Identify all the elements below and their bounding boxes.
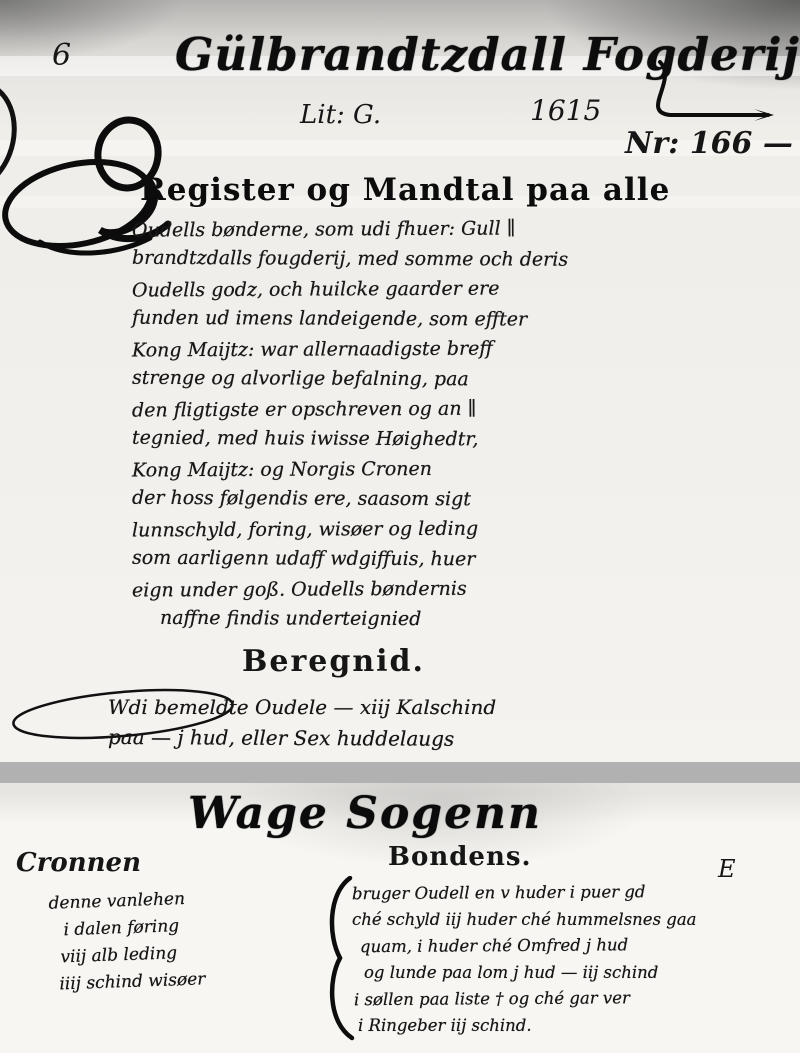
parish-title: Wage Sogenn	[188, 788, 542, 839]
summary-line: paa — j hud, eller Sex huddelaugs	[108, 722, 496, 755]
crown-line: iiij schind wisøer	[51, 966, 206, 998]
crown-entries: denne vanlehen i dalen føring viij alb l…	[48, 885, 206, 998]
summary-line: Wdi bemeldte Oudele — xiij Kalschind	[108, 692, 496, 723]
bonden-heading: Bondens.	[388, 842, 532, 872]
register-body: Oudells bønderne, som udi fhuer: Gull ∥ …	[132, 214, 692, 634]
bonden-line: quam, i huder ché Omfred j hud	[352, 932, 697, 961]
beregnid-summary: Wdi bemeldte Oudele — xiij Kalschind paa…	[108, 692, 496, 754]
body-line: Oudells godz, och huilcke gaarder ere	[132, 273, 692, 306]
body-line: strenge og alvorlige befalning, paa	[132, 363, 692, 395]
body-line: Kong Maijtz: war allernaadigste breff	[132, 333, 692, 366]
beregnid-heading: Beregnid.	[242, 644, 425, 679]
bonden-line: ché schyld iij huder ché hummelsnes gaa	[352, 907, 697, 934]
body-line: der hoss følgendis ere, saasom sigt	[132, 483, 692, 515]
bonden-entries: bruger Oudell en v huder i puer gd ché s…	[352, 880, 697, 1039]
year-label: 1615	[530, 94, 601, 127]
body-line: Kong Maijtz: og Norgis Cronen	[132, 453, 692, 486]
body-line: brandtzdalls fougderij, med somme och de…	[132, 243, 692, 275]
crown-line: denne vanlehen	[48, 885, 203, 917]
body-line: den fligtigste er opschreven og an ∥	[132, 393, 692, 426]
document-number: Nr: 166 —	[625, 126, 793, 161]
lit-label: Lit: G.	[300, 100, 381, 130]
bonden-line: i søllen paa liste † og ché gar ver	[352, 985, 697, 1014]
register-heading: Register og Mandtal paa alle	[140, 172, 670, 208]
body-line: naffne findis underteignied	[132, 603, 692, 635]
title-flourish-icon	[600, 60, 795, 130]
bonden-line: og lunde paa lom j hud — iij schind	[352, 960, 697, 987]
body-line: funden ud imens landeigende, som effter	[132, 303, 692, 335]
manuscript-scan: 6 Gülbrandtzdall Fogderij Lit: G. 1615 N…	[0, 0, 800, 1053]
body-line: Oudells bønderne, som udi fhuer: Gull ∥	[132, 213, 692, 246]
bonden-corner-mark: E	[718, 855, 736, 883]
crown-heading: Cronnen	[16, 848, 141, 878]
bonden-line: i Ringeber iij schind.	[352, 1013, 697, 1040]
body-line: som aarligenn udaff wdgiffuis, huer	[132, 543, 692, 575]
bonden-line: bruger Oudell en v huder i puer gd	[352, 879, 697, 908]
folio-number: 6	[52, 38, 71, 73]
scan-divider-band	[0, 762, 800, 783]
body-line: tegnied, med huis iwisse Høighedtr,	[132, 423, 692, 455]
body-line: eign under goß. Oudells bøndernis	[132, 573, 692, 606]
body-line: lunnschyld, foring, wisøer og leding	[132, 513, 692, 546]
